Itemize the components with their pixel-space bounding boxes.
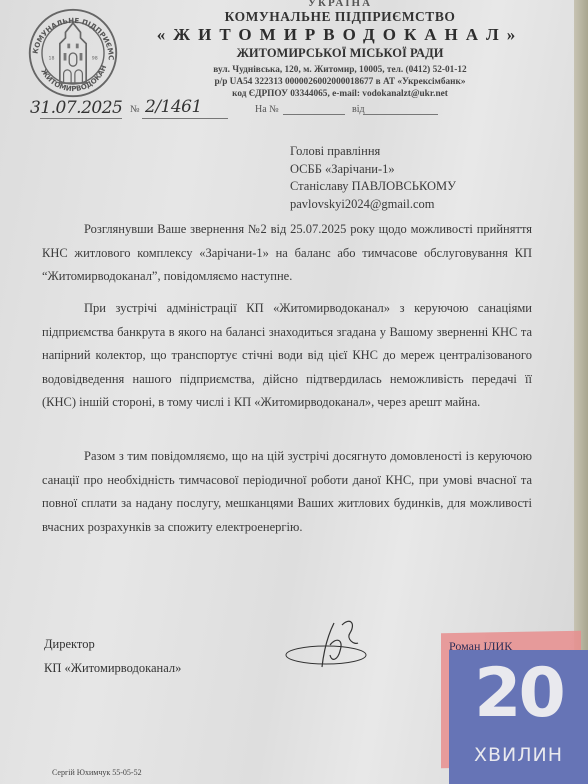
signatory-name: Роман ІЛИК [449, 639, 512, 654]
addressee-block: Голові правління ОСББ «Зарічани-1» Стані… [290, 143, 456, 213]
letter-body: При зустрічі адміністрації КП «Житомирво… [42, 297, 532, 415]
ref-number-label: На № [255, 104, 279, 115]
signatory-position: Директор [44, 632, 181, 656]
letterhead: УКРАЇНА КОМУНАЛЬНЕ ПІДПРИЄМСТВО «ЖИТОМИР… [150, 0, 530, 100]
letter-body: Разом з тим повідомляємо, що на цій зуст… [42, 445, 532, 539]
letterhead-codes: код ЄДРПОУ 03344065, e-mail: vodokanalzt… [150, 88, 530, 100]
letterhead-bank-account: р/р UA54 322313 0000026002000018677 в АТ… [150, 76, 530, 88]
signatory-block: Директор КП «Житомирводоканал» [44, 632, 181, 680]
body-paragraph-1: Розглянувши Ваше звернення №2 від 25.07.… [42, 218, 532, 289]
addressee-email: pavlovskyi2024@gmail.com [290, 196, 456, 214]
watermark-number: 20 [449, 654, 588, 733]
company-logo-seal-icon: 18 98 КОМУНАЛЬНЕ ПІДПРИЄМСТВО ЖИТОМИРВОД… [26, 6, 120, 100]
letterhead-type: КОМУНАЛЬНЕ ПІДПРИЄМСТВО [150, 9, 530, 25]
signatory-organization: КП «Житомирводоканал» [44, 656, 181, 680]
letterhead-address: вул. Чуднівська, 120, м. Житомир, 10005,… [150, 64, 530, 76]
ref-date-underline [363, 113, 438, 115]
watermark-20-hvylyn-logo: Роман ІЛИК 20 ХВИЛИН [441, 632, 588, 784]
ref-number-underline [283, 113, 345, 115]
svg-text:КОМУНАЛЬНЕ ПІДПРИЄМСТВО: КОМУНАЛЬНЕ ПІДПРИЄМСТВО [26, 6, 116, 60]
number-label: № [130, 104, 140, 115]
letter-date: 31.07.2025 [30, 98, 122, 118]
letter-body: Розглянувши Ваше звернення №2 від 25.07.… [42, 218, 532, 289]
watermark-word: ХВИЛИН [449, 744, 588, 766]
date-underline [40, 117, 122, 119]
body-paragraph-3: Разом з тим повідомляємо, що на цій зуст… [42, 445, 532, 539]
letterhead-country: УКРАЇНА [150, 0, 530, 8]
executor-contact: Сергій Юхимчук 55-05-52 [52, 768, 142, 777]
letter-number: 2/1461 [145, 97, 202, 117]
letterhead-company-name: «ЖИТОМИРВОДОКАНАЛ» [150, 25, 530, 45]
letterhead-council: ЖИТОМИРСЬКОЇ МІСЬКОЇ РАДИ [150, 46, 530, 61]
number-underline [142, 117, 228, 119]
addressee-line: Голові правління [290, 143, 456, 161]
addressee-line: ОСББ «Зарічани-1» [290, 161, 456, 179]
svg-text:98: 98 [92, 56, 98, 62]
handwritten-signature-icon [284, 615, 380, 673]
body-paragraph-2: При зустрічі адміністрації КП «Житомирво… [42, 297, 532, 415]
addressee-line: Станіславу ПАВЛОВСЬКОМУ [290, 178, 456, 196]
svg-text:18: 18 [49, 56, 55, 62]
